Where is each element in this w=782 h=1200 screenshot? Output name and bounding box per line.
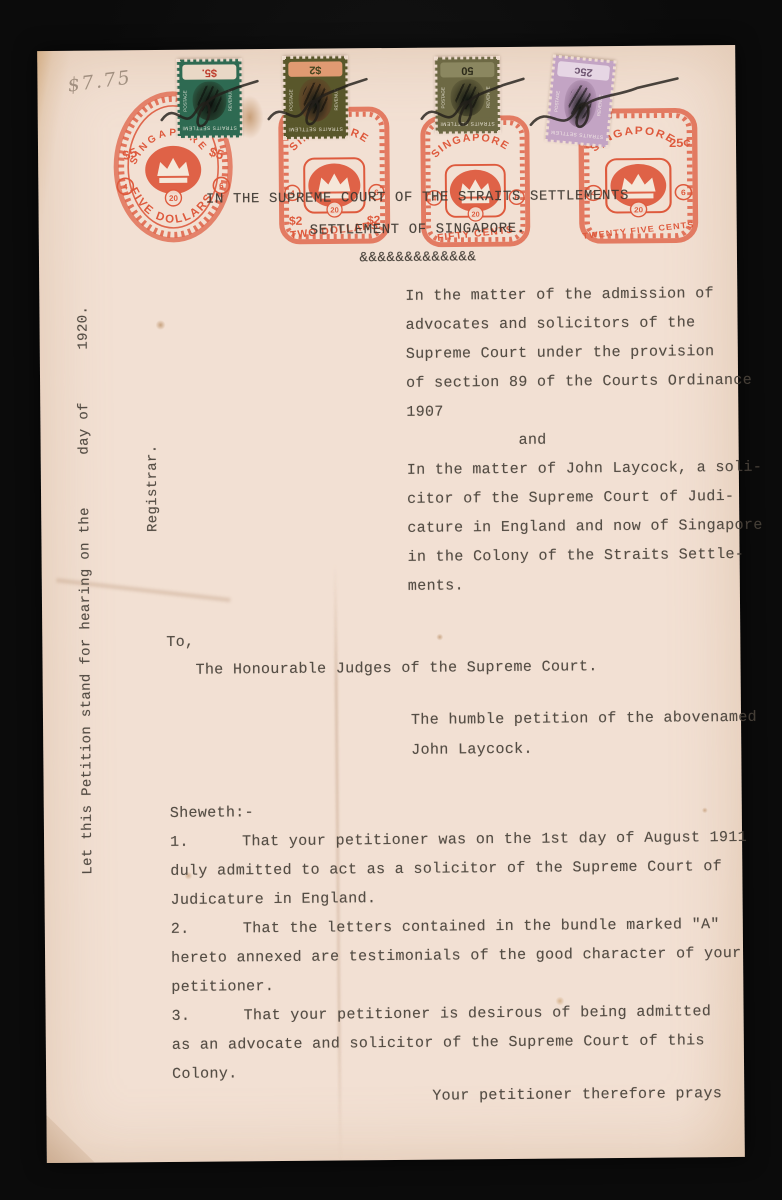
paper-stain bbox=[702, 807, 708, 813]
petitioner-name: John Laycock. bbox=[411, 741, 533, 759]
ink-cancellation-mark bbox=[155, 75, 266, 138]
clause-line: duly admitted to act as a solicitor of t… bbox=[170, 858, 722, 880]
to-label: To, bbox=[166, 634, 194, 651]
matter-line: Supreme Court under the provision bbox=[406, 343, 715, 363]
paper-stain bbox=[156, 320, 166, 330]
matter-line: In the matter of the admission of bbox=[405, 285, 714, 305]
document-page: $7.75 SINGAPORE $5 $5 4 6 20 FIVE DOLLAR… bbox=[37, 45, 745, 1163]
svg-text:20: 20 bbox=[471, 210, 479, 219]
petition-intro-line: The humble petition of the abovenamed bbox=[411, 709, 757, 729]
clause-number: 1. bbox=[170, 834, 189, 851]
clause-line: as an advocate and solicitor of the Supr… bbox=[172, 1032, 705, 1054]
svg-text:SINGAPORE: SINGAPORE bbox=[429, 131, 512, 160]
ink-cancellation-mark bbox=[525, 73, 686, 144]
ampersand-flourish: &&&&&&&&&&&&& bbox=[359, 249, 476, 266]
matter-line: of section 89 of the Courts Ordinance bbox=[406, 372, 752, 392]
hearing-date-note: Let this Petition stand for hearing on t… bbox=[75, 306, 96, 875]
matter-line: in the Colony of the Straits Settle- bbox=[408, 546, 745, 566]
registrar-signature-line: Registrar. bbox=[145, 444, 162, 532]
matter-line: In the matter of John Laycock, a soli- bbox=[407, 459, 762, 479]
paper-stain bbox=[436, 634, 443, 641]
photograph-background: { "colors":{ "background":"#0b0b0b","pap… bbox=[0, 0, 782, 1200]
settlement-title-line: SETTLEMENT OF SINGAPORE. bbox=[310, 221, 526, 239]
clause-line: That your petitioner is desirous of bein… bbox=[244, 1003, 712, 1024]
matter-line: citor of the Supreme Court of Judi- bbox=[407, 488, 734, 508]
clause-number: 2. bbox=[171, 921, 190, 938]
clause-number: 3. bbox=[172, 1008, 191, 1025]
court-title-line: IN THE SUPREME COURT OF THE STRAITS SETT… bbox=[206, 188, 629, 208]
conjunction: and bbox=[519, 432, 547, 449]
matter-line: cature in England and now of Singapore bbox=[407, 517, 762, 537]
sheweth-label: Sheweth:- bbox=[170, 804, 254, 822]
ink-cancellation-mark bbox=[263, 72, 374, 135]
clause-line: Colony. bbox=[172, 1065, 238, 1083]
prayer-line: Your petitioner therefore prays bbox=[432, 1085, 722, 1105]
clause-line: That your petitioner was on the 1st day … bbox=[242, 829, 747, 850]
svg-text:20: 20 bbox=[634, 206, 643, 215]
clause-line: That the letters contained in the bundle… bbox=[243, 916, 720, 937]
matter-line: 1907 bbox=[406, 404, 444, 421]
matter-line: ments. bbox=[408, 577, 464, 594]
clause-line: hereto annexed are testimonials of the g… bbox=[171, 945, 742, 967]
addressee-line: The Honourable Judges of the Supreme Cou… bbox=[195, 658, 597, 679]
ink-cancellation-mark bbox=[415, 73, 531, 136]
matter-line: advocates and solicitors of the bbox=[405, 314, 695, 334]
clause-line: petitioner. bbox=[171, 978, 274, 996]
svg-text:20: 20 bbox=[330, 205, 338, 214]
clause-line: Judicature in England. bbox=[171, 890, 377, 909]
